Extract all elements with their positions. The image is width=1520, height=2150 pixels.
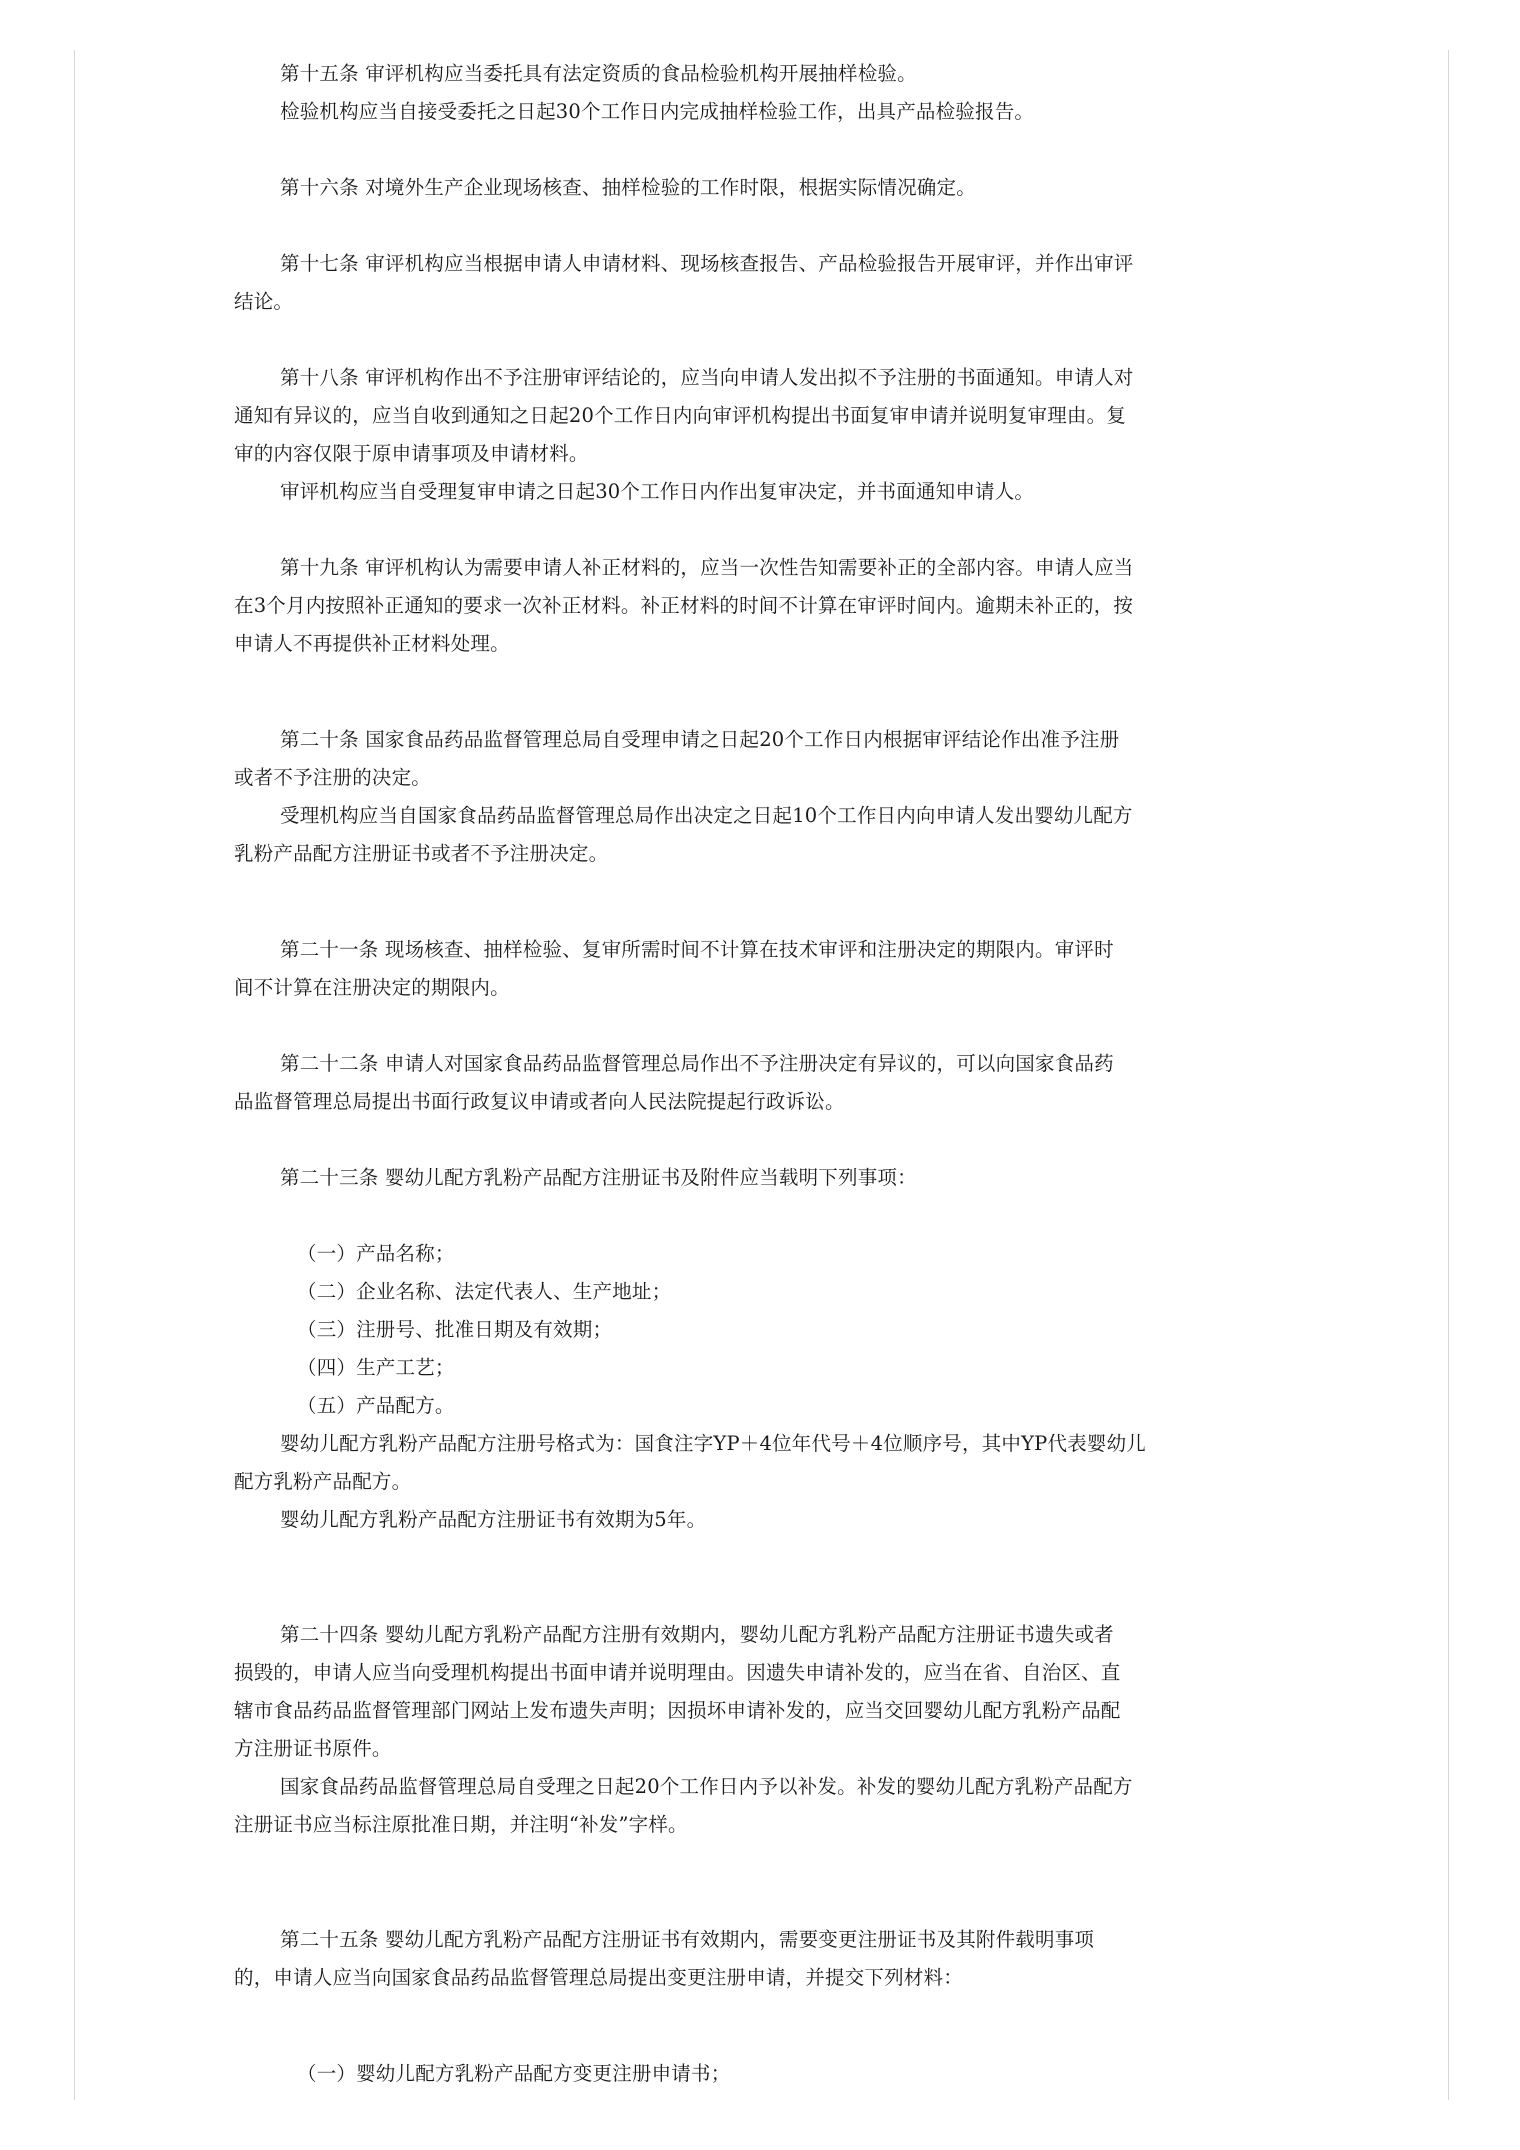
- paragraph-line: 间不计算在注册决定的期限内。: [234, 976, 510, 1000]
- paragraph-line: 通知有异议的，应当自收到通知之日起20个工作日内向审评机构提出书面复审申请并说明…: [234, 404, 1126, 428]
- paragraph-line: 乳粉产品配方注册证书或者不予注册决定。: [234, 842, 608, 866]
- list-item: （一）婴幼儿配方乳粉产品配方变更注册申请书；: [297, 2062, 730, 2086]
- paragraph-line: 第二十条 国家食品药品监督管理总局自受理申请之日起20个工作日内根据审评结论作出…: [280, 728, 1119, 752]
- paragraph-line: 结论。: [234, 290, 293, 314]
- paragraph-line: 第十六条 对境外生产企业现场核查、抽样检验的工作时限，根据实际情况确定。: [280, 176, 976, 200]
- paragraph-line: 受理机构应当自国家食品药品监督管理总局作出决定之日起10个工作日内向申请人发出婴…: [280, 804, 1133, 828]
- list-item: （二）企业名称、法定代表人、生产地址；: [297, 1280, 671, 1304]
- paragraph-line: 第二十一条 现场核查、抽样检验、复审所需时间不计算在技术审评和注册决定的期限内。…: [280, 938, 1114, 962]
- list-item: （三）注册号、批准日期及有效期；: [297, 1318, 612, 1342]
- paragraph-line: 审的内容仅限于原申请事项及申请材料。: [234, 442, 589, 466]
- list-item: （四）生产工艺；: [297, 1356, 455, 1380]
- list-item: （五）产品配方。: [297, 1394, 455, 1418]
- paragraph-line: 配方乳粉产品配方。: [234, 1470, 411, 1494]
- paragraph-line: 品监督管理总局提出书面行政复议申请或者向人民法院提起行政诉讼。: [234, 1090, 845, 1114]
- paragraph-line: 申请人不再提供补正材料处理。: [234, 632, 510, 656]
- paragraph-line: 第十九条 审评机构认为需要申请人补正材料的，应当一次性告知需要补正的全部内容。申…: [280, 556, 1134, 580]
- paragraph-line: 检验机构应当自接受委托之日起30个工作日内完成抽样检验工作，出具产品检验报告。: [280, 100, 1034, 124]
- paragraph-line: 注册证书应当标注原批准日期，并注明“补发”字样。: [234, 1813, 688, 1837]
- paragraph-line: 在3个月内按照补正通知的要求一次补正材料。补正材料的时间不计算在审评时间内。逾期…: [234, 594, 1133, 618]
- paragraph-line: 第二十四条 婴幼儿配方乳粉产品配方注册有效期内，婴幼儿配方乳粉产品配方注册证书遗…: [280, 1623, 1114, 1647]
- paragraph-line: 损毁的，申请人应当向受理机构提出书面申请并说明理由。因遗失申请补发的，应当在省、…: [234, 1661, 1121, 1685]
- paragraph-line: 审评机构应当自受理复审申请之日起30个工作日内作出复审决定，并书面通知申请人。: [280, 480, 1034, 504]
- paragraph-line: 辖市食品药品监督管理部门网站上发布遗失声明；因损坏申请补发的，应当交回婴幼儿配方…: [234, 1699, 1121, 1723]
- paragraph-line: 的，申请人应当向国家食品药品监督管理总局提出变更注册申请，并提交下列材料：: [234, 1966, 963, 1990]
- paragraph-line: 婴幼儿配方乳粉产品配方注册号格式为：国食注字YP＋4位年代号＋4位顺序号，其中Y…: [280, 1432, 1146, 1456]
- page-right-border: [1448, 50, 1449, 2100]
- paragraph-line: 国家食品药品监督管理总局自受理之日起20个工作日内予以补发。补发的婴幼儿配方乳粉…: [280, 1775, 1133, 1799]
- list-item: （一）产品名称；: [297, 1242, 455, 1266]
- page-left-border: [74, 50, 75, 2100]
- paragraph-line: 第十五条 审评机构应当委托具有法定资质的食品检验机构开展抽样检验。: [280, 62, 917, 86]
- paragraph-line: 婴幼儿配方乳粉产品配方注册证书有效期为5年。: [280, 1508, 706, 1532]
- paragraph-line: 第二十二条 申请人对国家食品药品监督管理总局作出不予注册决定有异议的，可以向国家…: [280, 1052, 1114, 1076]
- paragraph-line: 第十七条 审评机构应当根据申请人申请材料、现场核查报告、产品检验报告开展审评，并…: [280, 252, 1134, 276]
- paragraph-line: 方注册证书原件。: [234, 1737, 392, 1761]
- paragraph-line: 第二十三条 婴幼儿配方乳粉产品配方注册证书及附件应当载明下列事项：: [280, 1166, 917, 1190]
- paragraph-line: 或者不予注册的决定。: [234, 766, 431, 790]
- paragraph-line: 第二十五条 婴幼儿配方乳粉产品配方注册证书有效期内，需要变更注册证书及其附件载明…: [280, 1928, 1094, 1952]
- paragraph-line: 第十八条 审评机构作出不予注册审评结论的，应当向申请人发出拟不予注册的书面通知。…: [280, 366, 1134, 390]
